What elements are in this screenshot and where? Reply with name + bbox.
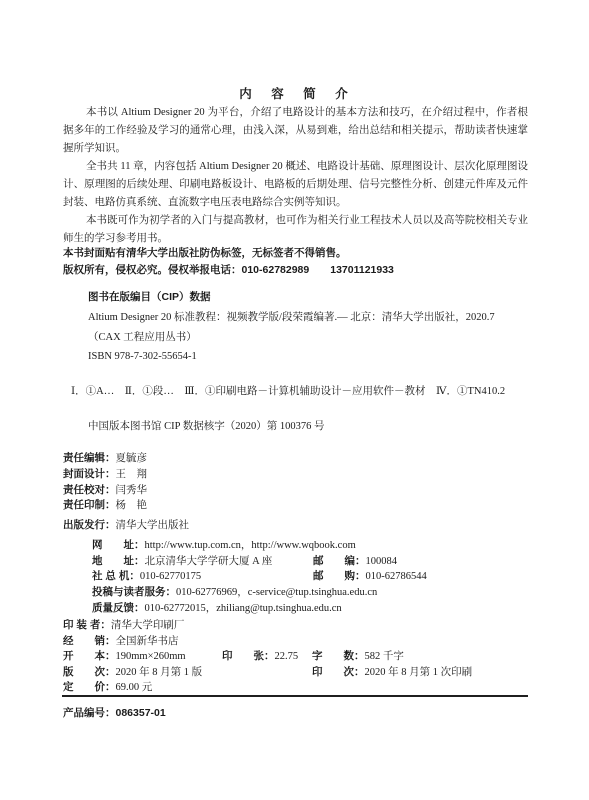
address-label: 地 址： (92, 555, 145, 567)
website-label: 网 址： (92, 539, 145, 551)
product-number-row: 产品编号：086357-01 (63, 706, 463, 720)
quality-feedback-row: 质量反馈：010-62772015，zhiliang@tup.tsinghua.… (92, 601, 533, 617)
cip-block: 图书在版编目（CIP）数据 Altium Designer 20 标准教程：视频… (88, 288, 538, 367)
sheets-col: 印 张：22.75 (222, 649, 298, 665)
cip-series: （CAX 工程应用丛书） (88, 328, 538, 348)
distributor-value: 全国新华书店 (116, 636, 179, 647)
printing-block: 印 装 者：清华大学印刷厂 经 销：全国新华书店 开 本：190mm×260mm… (63, 618, 533, 696)
website-urls: http://www.tup.com.cn，http://www.wqbook.… (145, 540, 356, 551)
quality-feedback-label: 质量反馈： (92, 602, 145, 614)
content-summary: 本书以 Altium Designer 20 为平台，介绍了电路设计的基本方法和… (63, 104, 528, 248)
cip-record-number: 中国版本图书馆 CIP 数据核字（2020）第 100376 号 (88, 421, 538, 433)
copyright-hotline-line: 版权所有，侵权必究。侵权举报电话：010-62782989 1370112193… (63, 262, 528, 279)
divider-rule (62, 695, 528, 697)
price-row: 定 价：69.00 元 (63, 680, 533, 696)
publisher-details: 网 址：http://www.tup.com.cn，http://www.wqb… (92, 538, 533, 617)
switchboard-row: 社 总 机：010-62770175 邮 购：010-62786544 (92, 569, 533, 585)
switchboard-phone: 010-62770175 (140, 571, 201, 582)
summary-paragraph-1: 本书以 Altium Designer 20 为平台，介绍了电路设计的基本方法和… (63, 104, 528, 158)
staff-label: 封面设计： (63, 468, 116, 480)
edition-label: 版 次： (63, 666, 116, 678)
word-count-col: 字 数：582 千字 (312, 649, 404, 665)
staff-row-editor: 责任编辑：夏毓彦 (63, 451, 363, 467)
staff-value: 王 翔 (116, 469, 148, 480)
impression-col: 印 次：2020 年 8 月第 1 次印刷 (312, 665, 472, 681)
mail-order-col: 邮 购：010-62786544 (313, 569, 427, 585)
postcode-value: 100084 (366, 556, 398, 567)
summary-paragraph-2: 全书共 11 章，内容包括 Altium Designer 20 概述、电路设计… (63, 158, 528, 212)
quality-feedback-contact: 010-62772015，zhiliang@tup.tsinghua.edu.c… (145, 603, 342, 614)
price-value: 69.00 元 (116, 682, 153, 693)
anti-piracy-notice: 本书封面贴有清华大学出版社防伪标签，无标签者不得销售。 版权所有，侵权必究。侵权… (63, 245, 528, 278)
edition-value: 2020 年 8 月第 1 版 (116, 667, 203, 678)
staff-label: 责任编辑： (63, 452, 116, 464)
address-value: 北京清华大学学研大厦 A 座 (145, 556, 273, 567)
staff-value: 杨 艳 (116, 500, 148, 511)
address-row: 地 址：北京清华大学学研大厦 A 座 邮 编：100084 (92, 554, 533, 570)
price-label: 定 价： (63, 681, 116, 693)
publisher-row: 出版发行：清华大学出版社 (63, 518, 533, 534)
staff-label: 责任校对： (63, 484, 116, 496)
postcode-label: 邮 编： (313, 555, 366, 567)
printer-value: 清华大学印刷厂 (111, 620, 185, 631)
staff-row-cover-design: 封面设计：王 翔 (63, 467, 363, 483)
mail-order-label: 邮 购： (313, 570, 366, 582)
distributor-row: 经 销：全国新华书店 (63, 634, 533, 650)
switchboard-label: 社 总 机： (92, 570, 140, 582)
publisher-block: 出版发行：清华大学出版社 网 址：http://www.tup.com.cn，h… (63, 518, 533, 617)
staff-label: 责任印制： (63, 499, 116, 511)
word-count-label: 字 数： (312, 650, 365, 662)
impression-label: 印 次： (312, 666, 365, 678)
product-number-value: 086357-01 (116, 707, 166, 719)
book-colophon-page: { "intro": { "title": "内 容 简 介", "paragr… (0, 0, 589, 800)
anti-piracy-line: 本书封面贴有清华大学出版社防伪标签，无标签者不得销售。 (63, 245, 528, 262)
mail-order-phone: 010-62786544 (366, 571, 427, 582)
staff-credits: 责任编辑：夏毓彦 封面设计：王 翔 责任校对：闫秀华 责任印制：杨 艳 (63, 451, 363, 514)
cip-isbn: ISBN 978-7-302-55654-1 (88, 347, 538, 367)
postcode-col: 邮 编：100084 (313, 554, 397, 570)
staff-value: 夏毓彦 (116, 453, 148, 464)
word-count-value: 582 千字 (365, 651, 404, 662)
impression-value: 2020 年 8 月第 1 次印刷 (365, 667, 473, 678)
cip-classification: Ⅰ．①A… Ⅱ．①段… Ⅲ．①印刷电路－计算机辅助设计－应用软件－教材 Ⅳ．①T… (71, 386, 551, 398)
printer-row: 印 装 者：清华大学印刷厂 (63, 618, 533, 634)
printer-label: 印 装 者： (63, 619, 111, 631)
cip-entry: Altium Designer 20 标准教程：视频教学版/段荣霞编著.— 北京… (88, 308, 538, 328)
staff-row-proofreader: 责任校对：闫秀华 (63, 483, 363, 499)
format-row: 开 本：190mm×260mm 印 张：22.75 字 数：582 千字 (63, 649, 533, 665)
content-summary-title: 内 容 简 介 (63, 84, 528, 104)
format-label: 开 本： (63, 650, 116, 662)
sheets-value: 22.75 (275, 651, 299, 662)
staff-value: 闫秀华 (116, 485, 148, 496)
staff-row-print-supervisor: 责任印制：杨 艳 (63, 498, 363, 514)
edition-row: 版 次：2020 年 8 月第 1 版 印 次：2020 年 8 月第 1 次印… (63, 665, 533, 681)
reader-service-label: 投稿与读者服务： (92, 586, 176, 598)
publisher-label: 出版发行： (63, 519, 116, 531)
publisher-name: 清华大学出版社 (116, 520, 190, 531)
format-value: 190mm×260mm (116, 651, 186, 662)
summary-paragraph-3: 本书既可作为初学者的入门与提高教材，也可作为相关行业工程技术人员以及高等院校相关… (63, 212, 528, 248)
reader-service-contact: 010-62776969，c-service@tup.tsinghua.edu.… (176, 587, 377, 598)
website-row: 网 址：http://www.tup.com.cn，http://www.wqb… (92, 538, 533, 554)
reader-service-row: 投稿与读者服务：010-62776969，c-service@tup.tsing… (92, 585, 533, 601)
sheets-label: 印 张： (222, 650, 275, 662)
product-number-label: 产品编号： (63, 707, 116, 719)
distributor-label: 经 销： (63, 635, 116, 647)
cip-header: 图书在版编目（CIP）数据 (88, 288, 538, 308)
